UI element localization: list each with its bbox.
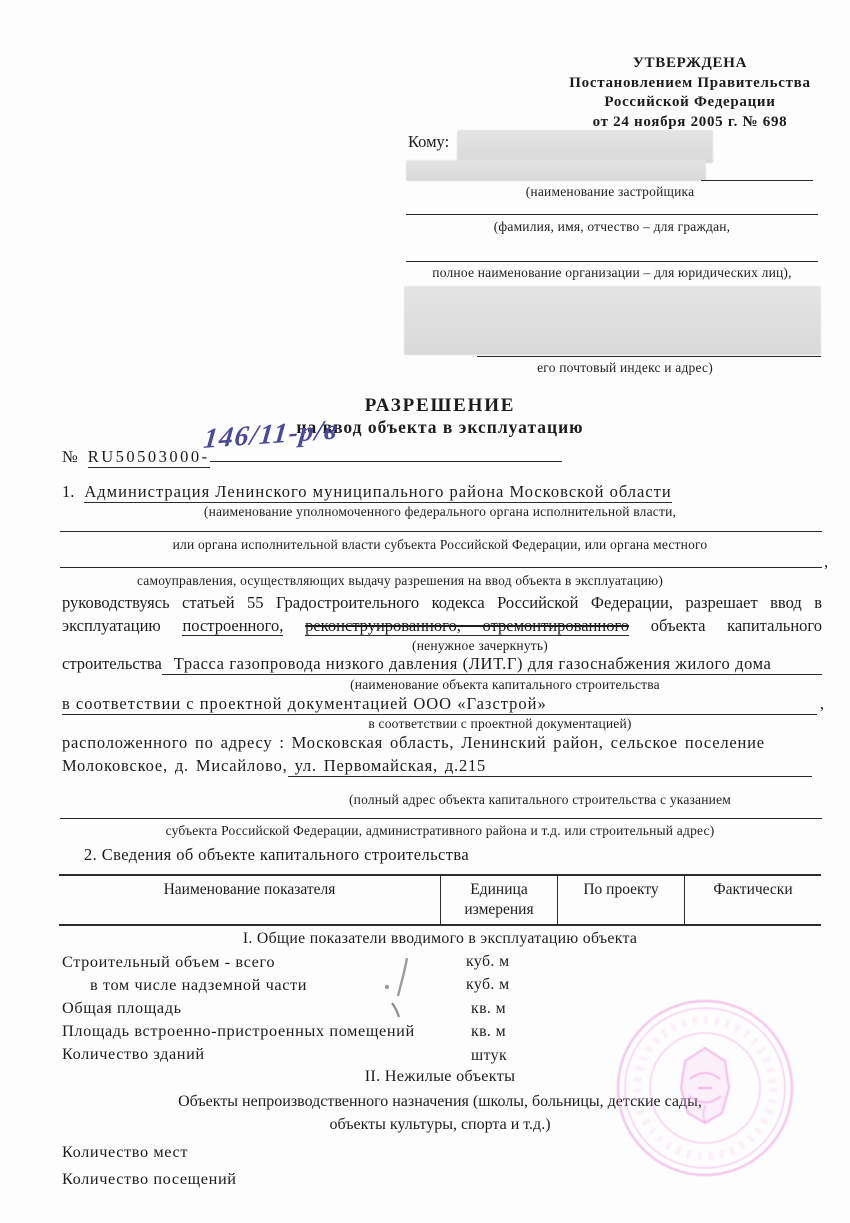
body-text-line: руководствуясь статьей 55 Градостроитель… <box>62 593 822 613</box>
fill-line <box>406 193 818 215</box>
address-pre: Молоковское, д. Мисайлово, <box>62 756 288 776</box>
approval-line: УТВЕРЖДЕНА <box>540 54 840 74</box>
round-stamp-seal <box>610 993 800 1183</box>
indicators-table: Наименование показателя Единица измерени… <box>59 874 821 926</box>
caption-postal: его почтовый индекс и адрес) <box>470 360 780 376</box>
number-sign: № <box>62 447 78 467</box>
caption-cross-out: (ненужное зачеркнуть) <box>100 638 850 654</box>
fill-line <box>60 797 822 819</box>
caption-person: (фамилия, имя, отчество – для граждан, <box>406 219 818 235</box>
row-label: Количество зданий <box>62 1044 205 1064</box>
address-line-1: расположенного по адресу : Московская об… <box>62 733 765 753</box>
address-fill: ул. Первомайская, д.215 <box>288 756 812 777</box>
permit-number-typed: RU50503000- <box>88 447 210 468</box>
caption-authority-3: самоуправления, осуществляющих выдачу ра… <box>20 573 780 589</box>
body-pre: эксплуатацию <box>62 616 161 635</box>
caption-org: полное наименование организации – для юр… <box>402 265 822 281</box>
redaction-block <box>457 130 713 163</box>
document-title: РАЗРЕШЕНИЕ <box>60 395 820 417</box>
fill-line <box>477 336 821 357</box>
approval-note: УТВЕРЖДЕНА Постановлением Правительства … <box>540 54 840 132</box>
project-docs-row: в соответствии с проектной документацией… <box>62 694 824 715</box>
project-docs-line: в соответствии с проектной документацией… <box>62 694 817 715</box>
address-line-2: Молоковское, д. Мисайлово, ул. Первомайс… <box>62 756 812 777</box>
object-name: Трасса газопровода низкого давления (ЛИТ… <box>162 654 822 675</box>
part-1-heading: I. Общие показатели вводимого в эксплуат… <box>60 930 820 948</box>
option-kept: построенного, <box>182 616 283 636</box>
option-struck-out: реконструированного, отремонтированного <box>305 616 629 636</box>
fill-line <box>60 510 822 532</box>
count-row: Количество посещений <box>62 1169 237 1189</box>
row-label: Строительный объем - всего <box>62 952 275 972</box>
approval-line: Постановлением Правительства <box>540 74 840 94</box>
pen-mark <box>378 948 420 1020</box>
section-2-heading: 2. Сведения об объекте капитального стро… <box>84 845 469 865</box>
authority-row: 1. Администрация Ленинского муниципально… <box>62 482 672 503</box>
permit-number-row: № RU50503000- <box>62 447 562 473</box>
item-index: 1. <box>62 482 74 502</box>
table-header-unit: Единица измерения <box>440 876 557 924</box>
caption-address-2: субъекта Российской Федерации, администр… <box>60 823 820 839</box>
caption-docs: в соответствии с проектной документацией… <box>150 716 850 732</box>
row-label: Площадь встроенно-пристроенных помещений <box>62 1021 415 1041</box>
table-header-indicator: Наименование показателя <box>59 876 440 924</box>
row-label: в том числе надземной части <box>90 975 307 995</box>
trailing-comma: , <box>817 694 824 714</box>
trailing-comma: , <box>824 552 828 572</box>
row-unit: куб. м <box>466 953 509 971</box>
table-header-actual: Фактически <box>684 876 821 924</box>
fill-line <box>210 461 562 462</box>
fill-line <box>701 160 813 181</box>
authority-name: Администрация Ленинского муниципального … <box>84 482 671 503</box>
body-text-options-line: эксплуатацию построенного, реконструиров… <box>62 616 822 636</box>
row-unit: куб. м <box>466 976 509 994</box>
document-subtitle: на ввод объекта в эксплуатацию <box>60 417 820 438</box>
approval-line: Российской Федерации <box>540 93 840 113</box>
scanned-permit-document: УТВЕРЖДЕНА Постановлением Правительства … <box>0 0 850 1223</box>
redaction-block <box>406 160 706 181</box>
row-label: Общая площадь <box>62 998 182 1018</box>
fill-line <box>60 546 822 568</box>
object-pre: строительства <box>62 654 162 674</box>
row-unit: кв. м <box>471 1023 506 1041</box>
caption-object: (наименование объекта капитального строи… <box>190 677 820 693</box>
object-name-row: строительства Трасса газопровода низкого… <box>62 654 822 675</box>
row-unit: штук <box>471 1047 507 1065</box>
table-header-by-project: По проекту <box>557 876 684 924</box>
recipient-label: Кому: <box>408 132 449 152</box>
row-unit: кв. м <box>471 1000 506 1018</box>
fill-line <box>406 240 818 262</box>
body-post: объекта капитального <box>651 616 822 635</box>
count-row: Количество мест <box>62 1142 188 1162</box>
